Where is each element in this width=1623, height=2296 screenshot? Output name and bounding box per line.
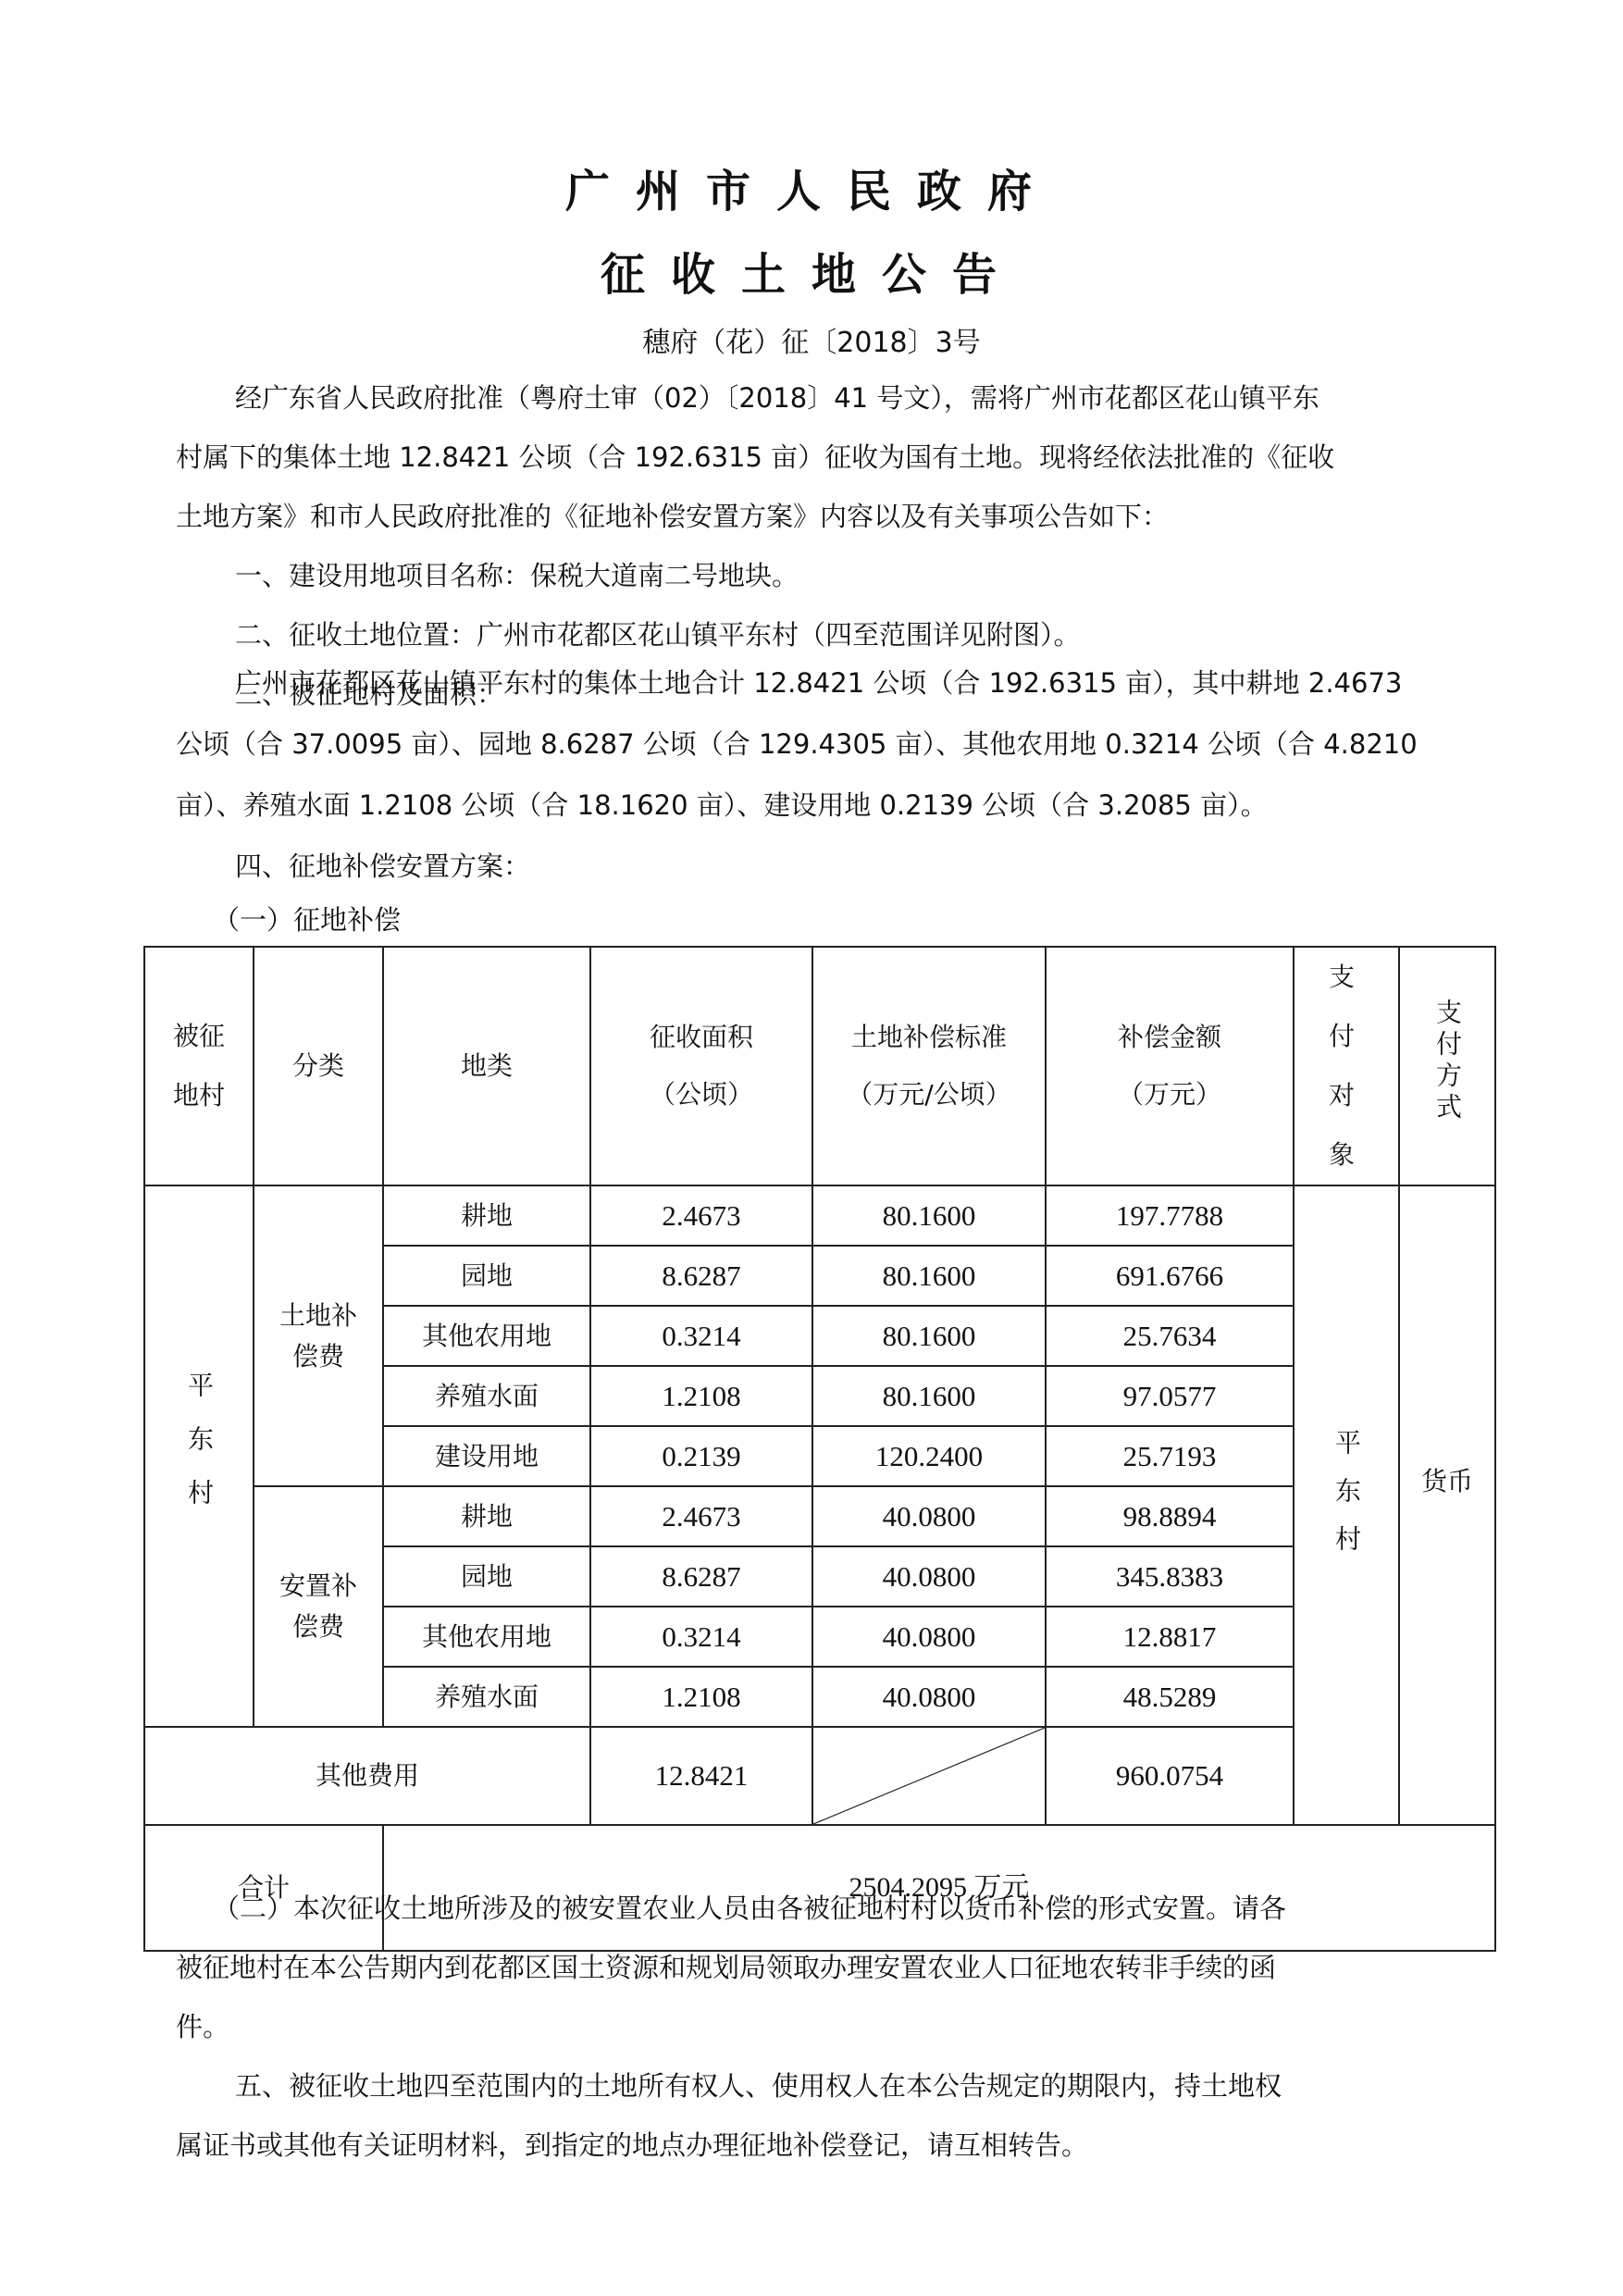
area: 0.2139 <box>590 1426 812 1486</box>
amount: 197.7788 <box>1046 1185 1294 1246</box>
area: 2.4673 <box>590 1185 812 1246</box>
area: 0.3214 <box>590 1306 812 1366</box>
area: 1.2108 <box>590 1667 812 1727</box>
header-standard: 土地补偿标准（万元/公顷） <box>812 947 1046 1185</box>
diagonal-slash-cell <box>812 1727 1046 1825</box>
intro-line: 土地方案》和市人民政府批准的《征地补偿安置方案》内容以及有关事项公告如下： <box>176 487 1471 546</box>
land-type: 耕地 <box>383 1185 590 1246</box>
standard: 120.2400 <box>812 1426 1046 1486</box>
header-payment-method: 支付方式 <box>1399 947 1495 1185</box>
standard: 80.1600 <box>812 1306 1046 1366</box>
header-area: 征收面积（公顷） <box>590 947 812 1185</box>
intro-line: 经广东省人民政府批准（粤府土审（02）〔2018〕41 号文），需将广州市花都区… <box>176 368 1471 428</box>
land-type: 养殖水面 <box>383 1667 590 1727</box>
page-title: 广州市人民政府 <box>0 155 1623 219</box>
other-fees-label: 其他费用 <box>144 1727 590 1825</box>
category-land-compensation: 土地补偿费 <box>254 1185 383 1486</box>
land-type: 耕地 <box>383 1486 590 1546</box>
table-row: 平东村 土地补偿费 耕地 2.4673 80.1600 197.7788 平东村… <box>144 1185 1495 1246</box>
section-3-body: 广州市花都区花山镇平东村的集体土地合计 12.8421 公顷（合 192.631… <box>176 652 1471 897</box>
section-3-line: 广州市花都区花山镇平东村的集体土地合计 12.8421 公顷（合 192.631… <box>176 652 1471 714</box>
header-amount: 补偿金额（万元） <box>1046 947 1294 1185</box>
table-header-row: 被征地村 分类 地类 征收面积（公顷） 土地补偿标准（万元/公顷） 补偿金额（万… <box>144 947 1495 1185</box>
other-fees-amount: 960.0754 <box>1046 1727 1294 1825</box>
standard: 80.1600 <box>812 1185 1046 1246</box>
header-village: 被征地村 <box>144 947 254 1185</box>
amount: 48.5289 <box>1046 1667 1294 1727</box>
amount: 98.8894 <box>1046 1486 1294 1546</box>
other-fees-area: 12.8421 <box>590 1727 812 1825</box>
land-type: 其他农用地 <box>383 1306 590 1366</box>
area: 8.6287 <box>590 1546 812 1607</box>
document-number: 穗府（花）征〔2018〕3号 <box>0 319 1623 360</box>
payee-cell: 平东村 <box>1294 1185 1399 1825</box>
section-4-heading: 四、征地补偿安置方案： <box>176 836 1471 897</box>
amount: 345.8383 <box>1046 1546 1294 1607</box>
section-1: 一、建设用地项目名称：保税大道南二号地块。 <box>176 546 1471 605</box>
table-row: 安置补偿费 耕地 2.4673 40.0800 98.8894 <box>144 1486 1495 1546</box>
page-subtitle: 征收土地公告 <box>0 239 1623 303</box>
standard: 80.1600 <box>812 1366 1046 1426</box>
compensation-table: 被征地村 分类 地类 征收面积（公顷） 土地补偿标准（万元/公顷） 补偿金额（万… <box>143 946 1496 1952</box>
standard: 80.1600 <box>812 1246 1046 1306</box>
section-4-2-line: 被征地村在本公告期内到花都区国土资源和规划局领取办理安置农业人口征地农转非手续的… <box>176 1938 1471 1997</box>
land-type: 园地 <box>383 1546 590 1607</box>
other-fees-row: 其他费用 12.8421 960.0754 <box>144 1727 1495 1825</box>
category-resettlement-compensation: 安置补偿费 <box>254 1486 383 1727</box>
land-type: 园地 <box>383 1246 590 1306</box>
section-4-2: （二）本次征收土地所涉及的被安置农业人员由各被征地村村以货币补偿的形式安置。请各… <box>176 1879 1471 2175</box>
land-type: 建设用地 <box>383 1426 590 1486</box>
area: 8.6287 <box>590 1246 812 1306</box>
section-4-1-heading: （一）征地补偿 <box>176 890 1471 949</box>
area: 2.4673 <box>590 1486 812 1546</box>
intro-line: 村属下的集体土地 12.8421 公顷（合 192.6315 亩）征收为国有土地… <box>176 428 1471 487</box>
land-type: 养殖水面 <box>383 1366 590 1426</box>
header-payee: 支付对象 <box>1294 947 1399 1185</box>
area: 1.2108 <box>590 1366 812 1426</box>
header-category: 分类 <box>254 947 383 1185</box>
section-5-line: 属证书或其他有关证明材料，到指定的地点办理征地补偿登记，请互相转告。 <box>176 2116 1471 2175</box>
amount: 25.7634 <box>1046 1306 1294 1366</box>
standard: 40.0800 <box>812 1546 1046 1607</box>
section-3-line: 公顷（合 37.0095 亩）、园地 8.6287 公顷（合 129.4305 … <box>176 714 1471 775</box>
area: 0.3214 <box>590 1607 812 1667</box>
standard: 40.0800 <box>812 1667 1046 1727</box>
section-4-2-line: 件。 <box>176 1997 1471 2056</box>
section-4-2-line: （二）本次征收土地所涉及的被安置农业人员由各被征地村村以货币补偿的形式安置。请各 <box>176 1879 1471 1938</box>
section-3-line: 亩）、养殖水面 1.2108 公顷（合 18.1620 亩）、建设用地 0.21… <box>176 775 1471 836</box>
land-type: 其他农用地 <box>383 1607 590 1667</box>
village-cell: 平东村 <box>144 1185 254 1727</box>
amount: 12.8817 <box>1046 1607 1294 1667</box>
amount: 691.6766 <box>1046 1246 1294 1306</box>
payment-method-cell: 货币 <box>1399 1185 1495 1825</box>
section-5-line: 五、被征收土地四至范围内的土地所有权人、使用权人在本公告规定的期限内，持土地权 <box>176 2056 1471 2116</box>
amount: 97.0577 <box>1046 1366 1294 1426</box>
amount: 25.7193 <box>1046 1426 1294 1486</box>
standard: 40.0800 <box>812 1486 1046 1546</box>
standard: 40.0800 <box>812 1607 1046 1667</box>
section-4-1-heading-wrap: （一）征地补偿 <box>176 890 1471 949</box>
diagonal-line-icon <box>813 1728 1045 1824</box>
header-land-type: 地类 <box>383 947 590 1185</box>
